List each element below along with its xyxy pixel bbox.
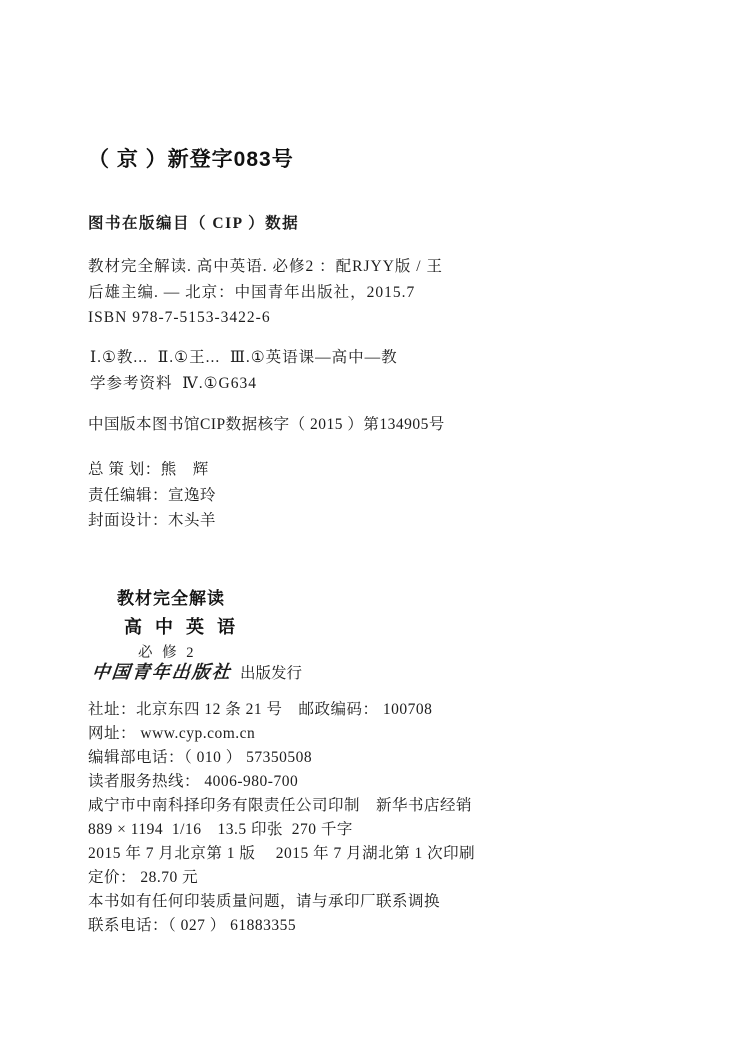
editorial-phone-line: 编辑部电话：（ 010 ） 57350508 <box>88 746 475 770</box>
cip-description: 教材完全解读. 高中英语. 必修2 ：配RJYY版 / 王 后雄主编. — 北京… <box>88 254 443 331</box>
price-line: 定价： 28.70 元 <box>88 866 475 890</box>
publisher-address-line: 社址：北京东四 12 条 21 号 邮政编码： 100708 <box>88 698 475 722</box>
publisher-imprint: 中国青年出版社出版发行 <box>92 658 302 684</box>
cip-classification-line: 学参考资料 Ⅳ.①G634 <box>90 371 398 397</box>
contact-phone-line: 联系电话：（ 027 ） 61883355 <box>88 914 475 938</box>
publisher-suffix: 出版发行 <box>240 665 302 682</box>
registration-number: （ 京 ）新登字083号 <box>88 143 294 173</box>
chief-planner-line: 总 策 划：熊 辉 <box>88 457 216 483</box>
website-line: 网址： www.cyp.com.cn <box>88 722 475 746</box>
publication-details: 社址：北京东四 12 条 21 号 邮政编码： 100708 网址： www.c… <box>88 698 475 938</box>
cip-classification: Ⅰ.①教... Ⅱ.①王... Ⅲ.①英语课—高中—教 学参考资料 Ⅳ.①G63… <box>90 345 398 396</box>
series-title: 教材完全解读 <box>117 584 225 609</box>
format-spec-line: 889 × 1194 1/16 13.5 印张 270 千字 <box>88 818 475 842</box>
cip-data-header: 图书在版编目（ CIP ）数据 <box>88 211 299 233</box>
publisher-calligraphy-logo: 中国青年出版社 <box>91 658 234 684</box>
responsible-editor-line: 责任编辑：宣逸玲 <box>88 483 216 509</box>
staff-credits: 总 策 划：熊 辉 责任编辑：宣逸玲 封面设计：木头羊 <box>88 457 216 534</box>
book-title: 高 中 英 语 <box>124 613 239 639</box>
cover-designer-line: 封面设计：木头羊 <box>88 508 216 534</box>
cip-classification-line: Ⅰ.①教... Ⅱ.①王... Ⅲ.①英语课—高中—教 <box>90 345 398 371</box>
cip-record-number: 中国版本图书馆CIP数据核字（ 2015 ）第134905号 <box>88 412 445 434</box>
copyright-page: （ 京 ）新登字083号 图书在版编目（ CIP ）数据 教材完全解读. 高中英… <box>0 0 750 1049</box>
reader-hotline-line: 读者服务热线： 4006-980-700 <box>88 770 475 794</box>
quality-notice-line: 本书如有任何印装质量问题，请与承印厂联系调换 <box>88 890 475 914</box>
cip-description-line: 后雄主编. — 北京：中国青年出版社，2015.7 <box>88 280 443 306</box>
edition-printing-line: 2015 年 7 月北京第 1 版 2015 年 7 月湖北第 1 次印刷 <box>88 842 475 866</box>
printer-distributor-line: 咸宁市中南科择印务有限责任公司印制 新华书店经销 <box>88 794 475 818</box>
isbn-line: ISBN 978-7-5153-3422-6 <box>88 305 443 331</box>
cip-description-line: 教材完全解读. 高中英语. 必修2 ：配RJYY版 / 王 <box>88 254 443 280</box>
